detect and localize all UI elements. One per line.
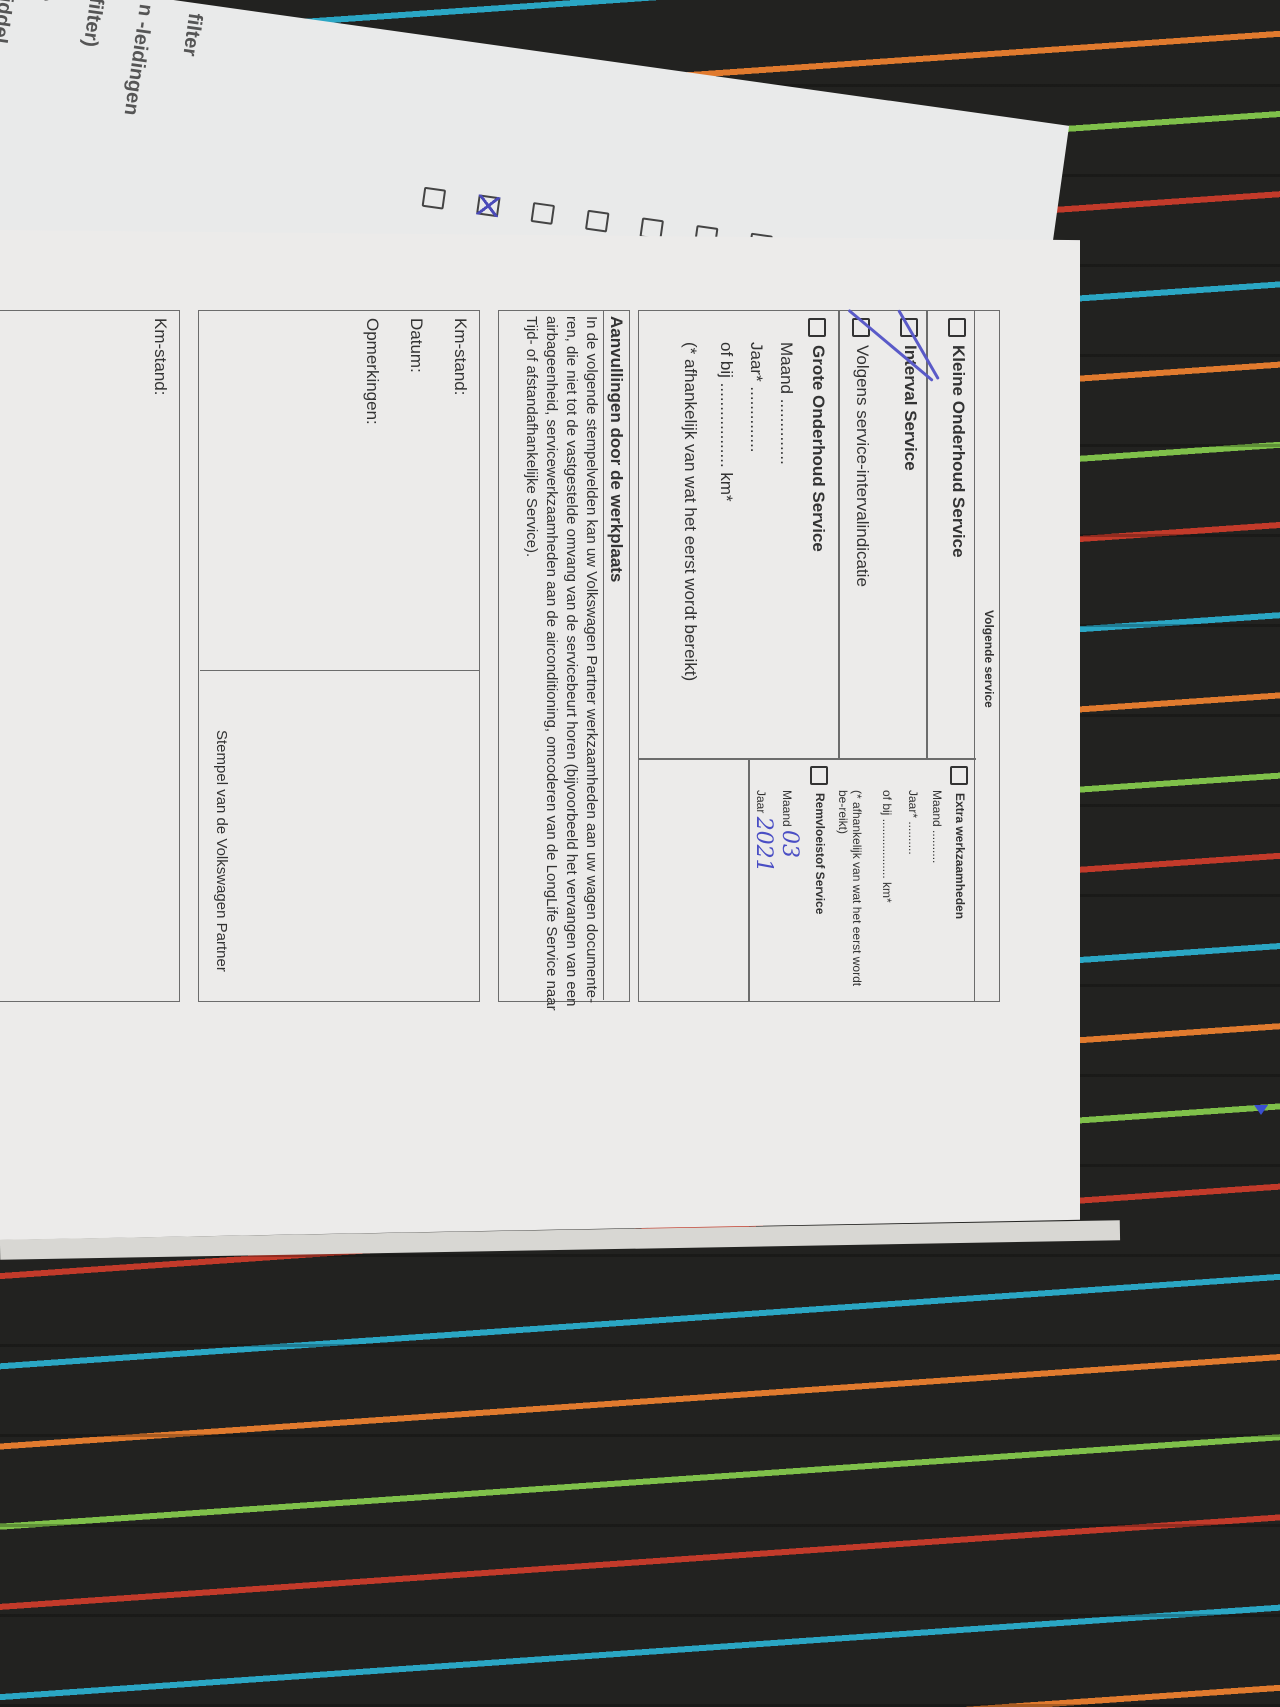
volgens-label: Volgens service-intervalindicatie xyxy=(853,345,872,587)
extra-werkzaamheden-option[interactable]: Extra werkzaamheden xyxy=(950,766,968,919)
maand-value-handwritten: 03 xyxy=(777,830,802,858)
continue-arrow-icon xyxy=(1254,1105,1268,1115)
remvloeistof-label: Remvloeistof Service xyxy=(813,793,827,914)
grote-maand-field[interactable]: Maand .............. xyxy=(776,342,796,465)
jaar-value-handwritten: 2021 xyxy=(751,817,776,873)
row-divider xyxy=(838,310,840,760)
extra-footnote: (* afhankelijk van wat het eerst wordt b… xyxy=(836,790,864,990)
left-checkbox-checked[interactable] xyxy=(476,194,501,217)
grote-label: Grote Onderhoud Service xyxy=(809,345,828,552)
extra-checkbox[interactable] xyxy=(950,766,968,785)
record-datum: Datum: xyxy=(406,318,426,373)
grote-onderhoud-option[interactable]: Grote Onderhoud Service xyxy=(808,318,828,552)
kleine-checkbox[interactable] xyxy=(948,318,966,337)
grote-km-field[interactable]: of bij .................. km* xyxy=(716,342,736,502)
of-bij-label: of bij xyxy=(717,342,736,378)
divider xyxy=(603,310,604,1000)
remvloeistof-jaar-field[interactable]: Jaar 2021 xyxy=(751,790,776,873)
remvloeistof-checkbox[interactable] xyxy=(810,766,828,785)
volgende-service-title: Volgende service xyxy=(982,610,996,708)
km-label: km* xyxy=(717,472,736,501)
row-divider xyxy=(748,758,750,1002)
left-checkbox[interactable] xyxy=(585,210,610,233)
aanvullingen-line: airbageenheid, servicewerkzaamheden aan … xyxy=(543,316,560,1011)
left-checkbox[interactable] xyxy=(531,202,556,225)
extra-maand-field[interactable]: Maand .......... xyxy=(930,790,944,863)
record2-km-stand: Km-stand: xyxy=(150,318,170,395)
left-item-middel: niddel xyxy=(0,0,18,45)
extra-jaar-field[interactable]: Jaar* .......... xyxy=(906,790,920,855)
jaar-label: Jaar* xyxy=(906,790,920,818)
jaar-label: Jaar xyxy=(754,790,768,813)
page-content: Volgende service Kleine Onderhoud Servic… xyxy=(0,250,1040,1210)
remvloeistof-option[interactable]: Remvloeistof Service xyxy=(810,766,828,914)
aanvullingen-line: Tijd- of afstandafhankelijke Service). xyxy=(523,316,540,557)
left-item-e: e xyxy=(34,0,58,3)
of-bij-label: of bij xyxy=(880,790,894,815)
jaar-label: Jaar* xyxy=(747,342,766,382)
record-divider xyxy=(200,670,480,671)
grote-checkbox[interactable] xyxy=(808,318,826,337)
maand-label: Maand xyxy=(777,342,796,394)
grote-jaar-field[interactable]: Jaar* .............. xyxy=(746,342,766,453)
aanvullingen-line: In de volgende stempelvelden kan uw Volk… xyxy=(583,316,600,1003)
kleine-onderhoud-option[interactable]: Kleine Onderhoud Service xyxy=(948,318,968,558)
remvloeistof-maand-field[interactable]: Maand 03 xyxy=(777,790,802,858)
maand-label: Maand xyxy=(780,790,794,827)
record-km-stand: Km-stand: xyxy=(450,318,470,395)
aanvullingen-title: Aanvullingen door de werkplaats xyxy=(606,316,626,582)
record-box xyxy=(198,310,480,1002)
extra-km-field[interactable]: of bij .................. km* xyxy=(880,790,894,903)
volgens-option[interactable]: Volgens service-intervalindicatie xyxy=(852,318,872,587)
left-checkbox[interactable] xyxy=(422,187,447,210)
maand-label: Maand xyxy=(930,790,944,827)
left-item-filter2: filter) xyxy=(78,0,108,48)
grote-footnote: (* afhankelijk van wat het eerst wordt b… xyxy=(680,342,700,681)
extra-label: Extra werkzaamheden xyxy=(953,793,967,919)
left-item-leidingen: n -leidingen xyxy=(119,3,157,117)
stamp-label: Stempel van de Volkswagen Partner xyxy=(213,730,230,972)
record-opmerkingen: Opmerkingen: xyxy=(362,318,382,425)
left-item-filter: filter xyxy=(177,11,206,57)
km-label: km* xyxy=(880,882,894,903)
aanvullingen-line: ren, die niet tot de vastgestelde omvang… xyxy=(563,316,580,1006)
kleine-label: Kleine Onderhoud Service xyxy=(949,345,968,558)
record-box xyxy=(0,310,180,1002)
